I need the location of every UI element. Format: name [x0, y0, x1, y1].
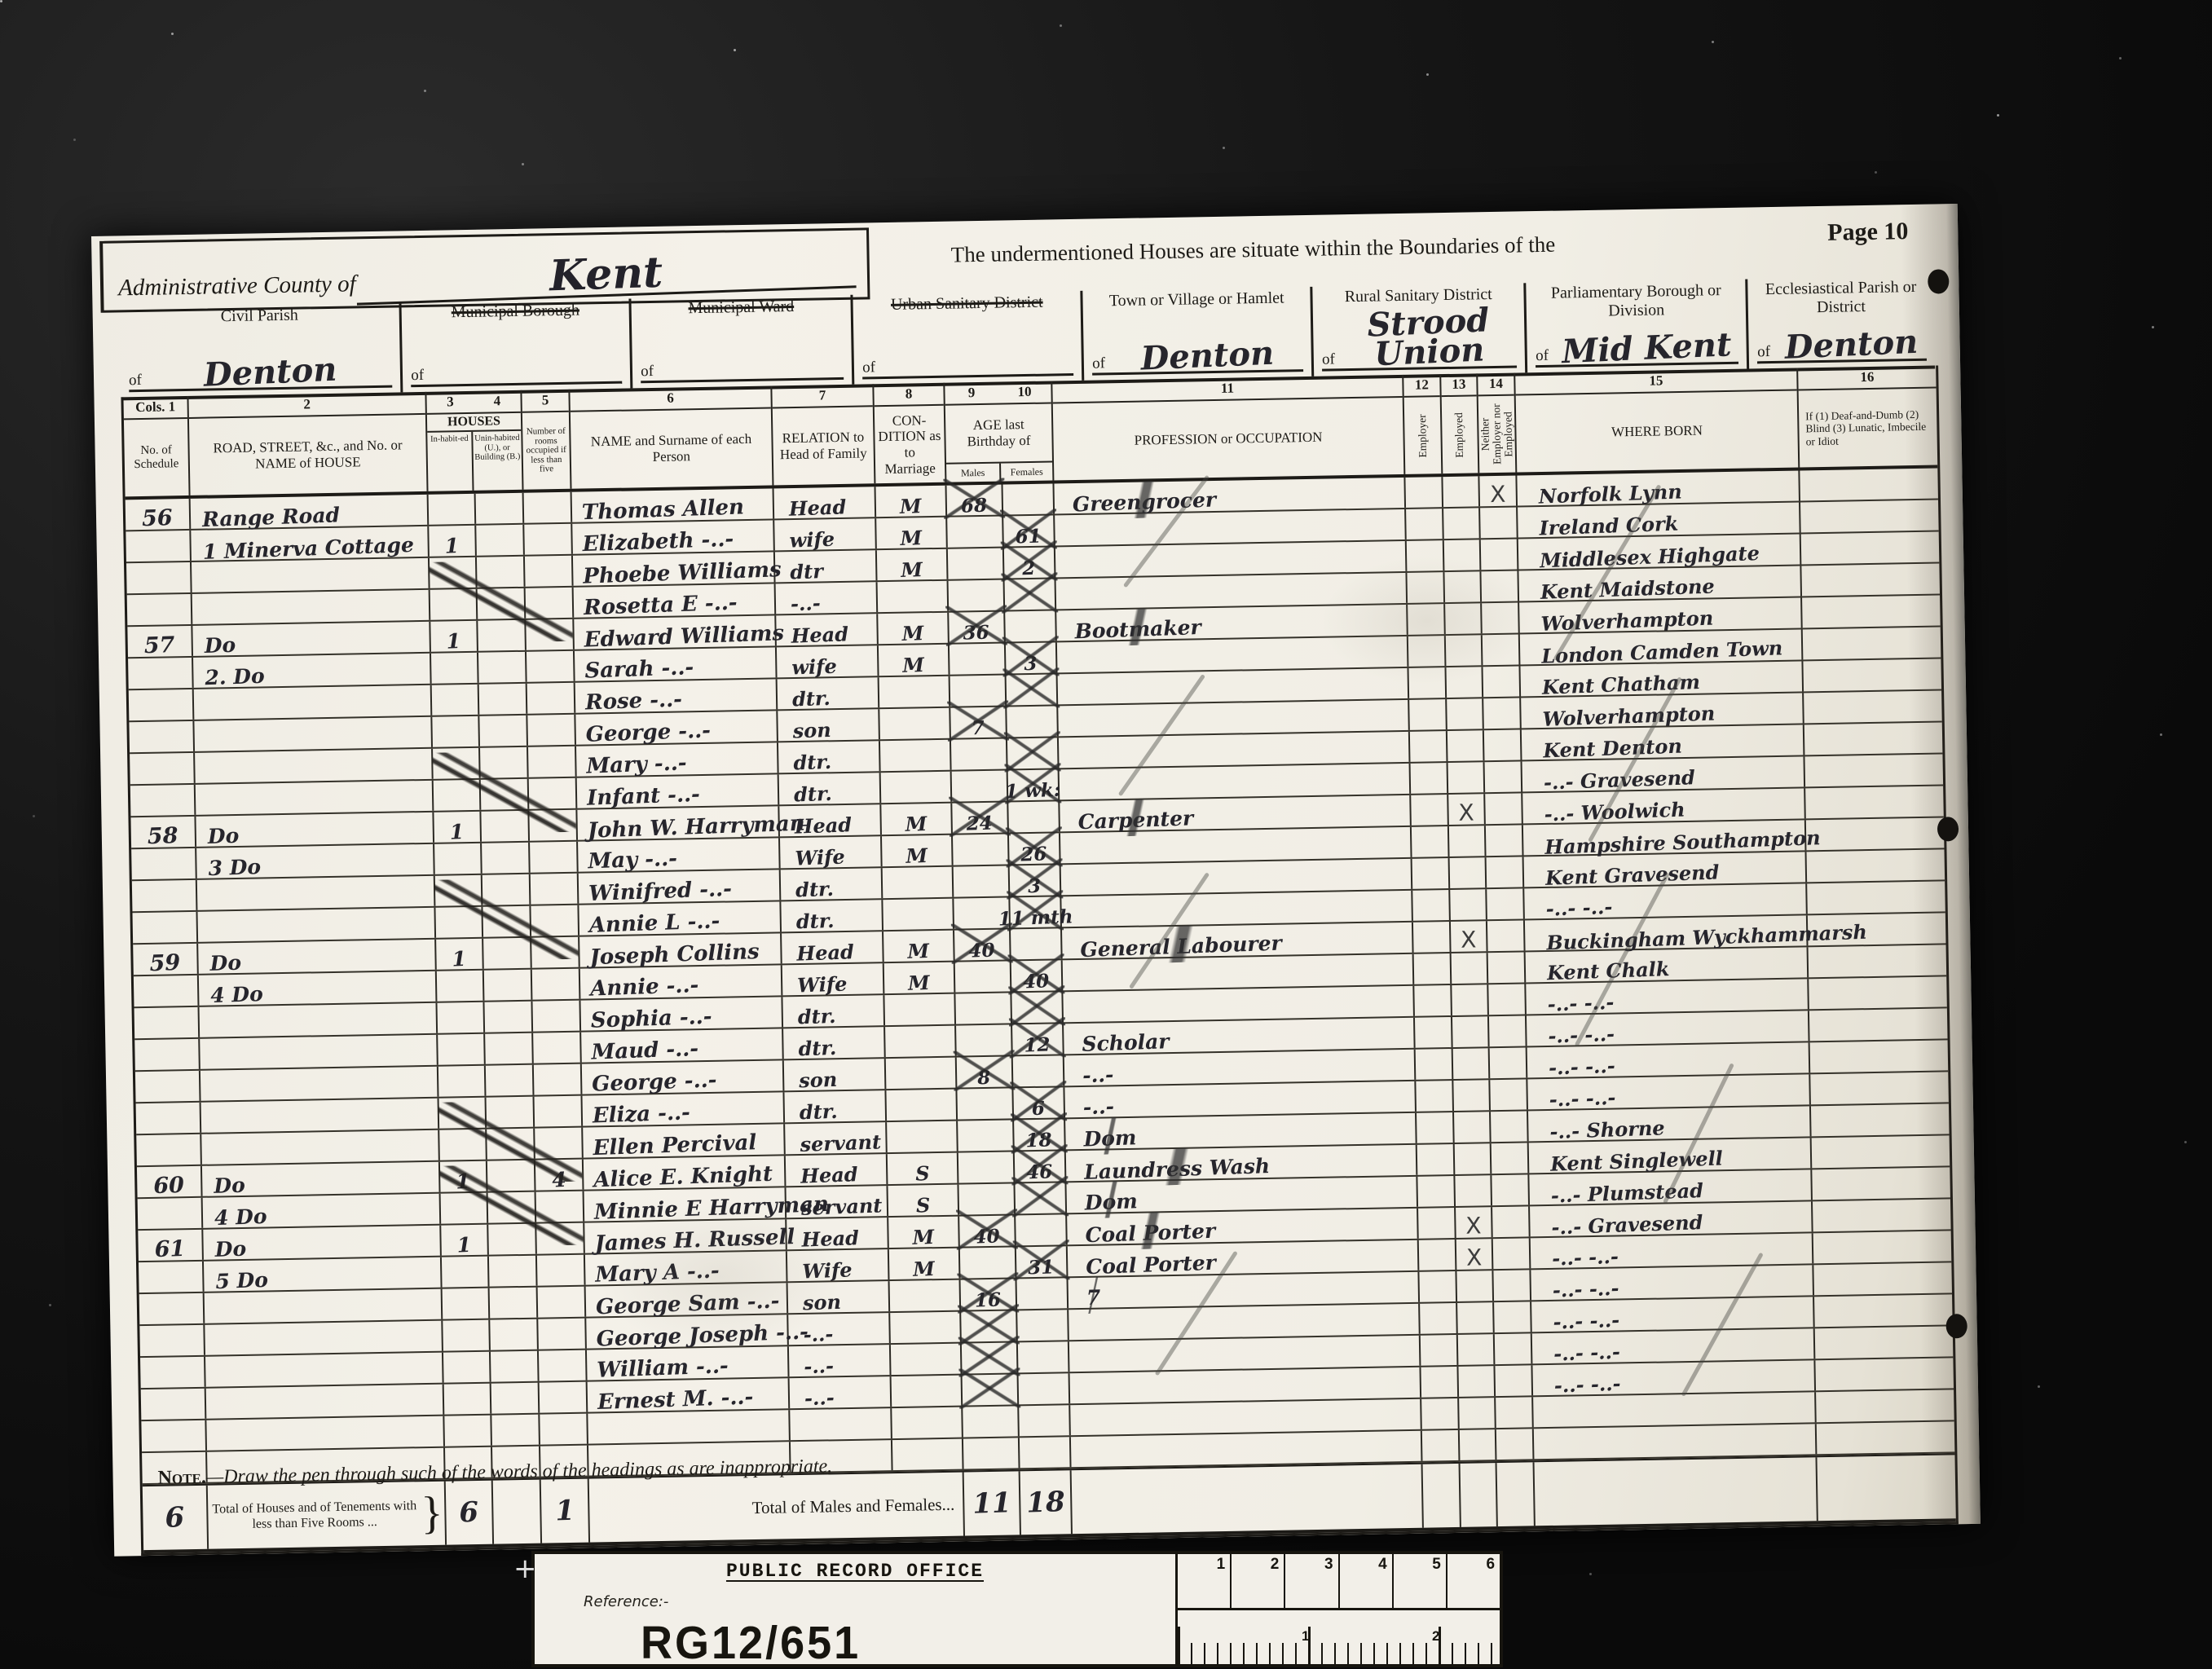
cell-uninh — [491, 1351, 540, 1382]
handwritten-entry: dtr. — [798, 1038, 836, 1059]
col-condition-header: 8 CON-DITION as to Marriage — [874, 383, 946, 483]
cell-occ: Greengrocer — [1054, 478, 1406, 514]
handwritten-entry: Ellen Percival — [593, 1132, 756, 1159]
reference-number: RG12/651 — [641, 1616, 861, 1669]
totals-males-count: 11 — [964, 1471, 1021, 1535]
public-record-office-stamp: PUBLIC RECORD OFFICE Reference:- RG12/65… — [531, 1551, 1503, 1667]
cell-age_f — [1019, 1373, 1071, 1404]
cell-addr: Do — [192, 622, 431, 656]
cell-e12 — [1416, 1081, 1454, 1112]
handwritten-entry: X — [1490, 483, 1506, 506]
col-employer-header: 12 Employer — [1403, 374, 1443, 474]
cell-age_m — [949, 580, 1006, 611]
cell-rooms — [539, 1350, 588, 1381]
cell-name: Ellen Percival — [583, 1124, 786, 1157]
cell-age_f: 40 — [1011, 960, 1064, 991]
ruler-cm-cell: 5 — [1394, 1554, 1447, 1608]
handwritten-entry: 3 Do — [208, 857, 261, 879]
handwritten-entry: John W. Harryman — [587, 813, 805, 842]
cell-addr — [194, 685, 433, 720]
cell-rel: Head — [782, 931, 884, 963]
cell-sched — [126, 562, 192, 593]
handwritten-entry: Kent Maidstone — [1540, 576, 1715, 601]
handwritten-entry: Wolverhampton — [1540, 608, 1713, 633]
cell-uninh — [480, 747, 529, 778]
handwritten-entry: 6 — [1032, 1099, 1046, 1119]
cell-rel: dtr — [775, 550, 878, 582]
handwritten-entry: X — [1461, 928, 1477, 951]
district-box: Town or Village or HamletofDenton — [1083, 287, 1315, 381]
cell-age_f: 18 — [1014, 1119, 1066, 1150]
cell-cond: M — [888, 1217, 960, 1248]
cell-e14 — [1482, 602, 1520, 633]
cell-e14 — [1483, 666, 1521, 697]
handwritten-entry: M — [913, 1259, 935, 1279]
cell-e14 — [1490, 1047, 1528, 1078]
cell-born: -..- -..- — [1531, 1233, 1814, 1268]
totals-schedule-count: 6 — [143, 1486, 209, 1550]
handwritten-entry: 2 — [1022, 559, 1036, 579]
table-body: 56Range RoadThomas AllenHeadM68Greengroc… — [126, 469, 1955, 1486]
cell-e12 — [1410, 731, 1448, 762]
cell-uninh — [482, 874, 531, 905]
cell-age_f — [1011, 928, 1063, 959]
cell-e13 — [1450, 889, 1487, 920]
handwritten-entry: -..- -..- — [1552, 1247, 1619, 1269]
cell-addr: Do — [203, 1226, 442, 1260]
handwritten-entry: Wife — [797, 974, 848, 995]
handwritten-entry: 4 Do — [210, 984, 263, 1006]
cell-cond — [886, 1090, 958, 1121]
cell-e14 — [1493, 1270, 1531, 1301]
cell-name: Sarah -..- — [575, 647, 778, 680]
cell-rooms — [531, 905, 579, 936]
cell-cond — [879, 708, 951, 740]
cell-addr — [205, 1353, 444, 1387]
cell-age_f — [1020, 1437, 1072, 1468]
cell-sched: 58 — [130, 817, 196, 848]
cell-age_m — [951, 738, 1008, 769]
cell-rooms — [528, 746, 577, 777]
cell-uninh — [481, 811, 530, 842]
cell-age_m: 68 — [946, 485, 1003, 516]
cell-name: Edward Williams — [574, 615, 777, 649]
cell-e12 — [1421, 1367, 1459, 1398]
cell-uninh — [476, 493, 525, 524]
cell-rel: dtr. — [781, 900, 883, 931]
cell-rooms — [524, 524, 573, 555]
cell-rooms — [526, 619, 575, 650]
cell-born: Middlesex Highgate — [1518, 534, 1802, 569]
cell-age_m — [960, 1247, 1017, 1278]
of-word: of — [641, 363, 660, 381]
cell-rel — [790, 1408, 892, 1440]
cell-sched — [139, 1293, 205, 1324]
cell-sched — [139, 1325, 205, 1356]
cell-e14 — [1490, 1079, 1528, 1110]
cell-inh — [442, 1257, 490, 1288]
handwritten-entry: Head — [791, 624, 848, 645]
handwritten-entry: Do — [204, 635, 236, 656]
cell-cond — [886, 1058, 958, 1090]
cell-sched — [136, 1134, 202, 1165]
handwritten-entry: 4 — [552, 1169, 566, 1191]
cell-e12 — [1411, 763, 1449, 794]
cell-age_m — [955, 961, 1012, 992]
cell-name: Infant -..- — [577, 774, 780, 808]
cell-inh — [434, 780, 482, 811]
cell-sched — [126, 531, 192, 561]
cell-rel: Head — [786, 1154, 888, 1186]
cell-e13 — [1445, 603, 1483, 634]
cell-age_f: 2 — [1004, 547, 1056, 578]
cell-e12 — [1417, 1176, 1456, 1207]
cell-born: Kent Chalk — [1526, 947, 1809, 982]
cell-occ: Dom — [1066, 1177, 1418, 1213]
cell-uninh — [478, 588, 527, 619]
cell-rel: Wife — [782, 963, 885, 995]
cell-e13 — [1446, 667, 1483, 698]
cell-e13: X — [1456, 1239, 1494, 1270]
handwritten-entry: 3 — [1024, 654, 1038, 674]
cell-name: George Sam -..- — [586, 1283, 789, 1316]
handwritten-entry: Kent Denton — [1543, 737, 1682, 761]
cell-uninh — [481, 779, 530, 810]
cell-addr — [201, 1099, 440, 1133]
totals-rooms-count: 1 — [541, 1479, 590, 1543]
cell-cond — [879, 676, 951, 708]
district-value-handwritten: Denton — [1111, 337, 1303, 375]
cell-e13 — [1457, 1302, 1495, 1333]
cell-sched: 56 — [126, 499, 192, 530]
cell-uninh — [482, 906, 531, 937]
cell-inh — [432, 716, 480, 747]
cell-name: May -..- — [578, 838, 781, 871]
of-word: of — [411, 367, 430, 385]
handwritten-entry: Kent Chatham — [1542, 672, 1701, 698]
cell-rooms — [536, 1191, 585, 1222]
cell-addr: 2. Do — [193, 654, 432, 688]
handwritten-entry: Kent Gravesend — [1545, 862, 1720, 887]
handwritten-entry: -..- Gravesend — [1544, 768, 1696, 792]
cell-e12 — [1416, 1049, 1454, 1080]
cell-uninh — [487, 1160, 536, 1191]
cell-uninh — [491, 1383, 540, 1414]
cell-inh — [430, 589, 478, 620]
cell-e14 — [1481, 539, 1519, 570]
cell-age_m — [955, 993, 1012, 1024]
handwritten-entry: dtr. — [794, 784, 832, 805]
cell-inh — [443, 1352, 491, 1383]
cell-cond: M — [889, 1248, 961, 1280]
handwritten-entry: 26 — [1021, 844, 1048, 864]
cell-occ: -..- — [1064, 1050, 1417, 1086]
cell-e14 — [1491, 1111, 1529, 1142]
handwritten-entry: S — [915, 1164, 930, 1184]
district-label: Civil Parish — [128, 305, 392, 328]
cell-sched — [130, 785, 196, 816]
col-whereborn-header: 15 WHERE BORN — [1515, 368, 1800, 472]
district-value-handwritten — [430, 379, 622, 387]
cell-born: -..- -..- — [1527, 1074, 1811, 1109]
district-value-handwritten: Strood Union — [1340, 305, 1518, 371]
cell-age_m — [957, 1088, 1014, 1119]
film-speckles — [0, 0, 2, 2]
handwritten-entry: 2. Do — [205, 666, 265, 689]
cell-occ — [1059, 732, 1411, 768]
handwritten-entry: S — [915, 1196, 930, 1216]
cell-rooms — [524, 492, 573, 523]
cell-uninh — [490, 1319, 539, 1350]
handwritten-entry: Alice E. Knight — [593, 1164, 773, 1191]
cell-inh — [444, 1416, 492, 1447]
cell-occ: -..- — [1064, 1081, 1417, 1118]
handwritten-entry: M — [902, 655, 924, 676]
cell-occ: Bootmaker — [1056, 605, 1408, 641]
cell-born: -..- -..- — [1531, 1297, 1815, 1332]
cell-cond: M — [884, 962, 956, 994]
handwritten-entry: 1 — [445, 535, 460, 557]
handwritten-entry: 18 — [1026, 1130, 1053, 1150]
cell-e12 — [1409, 699, 1447, 730]
handwritten-entry: Head — [801, 1228, 859, 1249]
cell-occ: Coal Porter — [1068, 1240, 1420, 1277]
cell-rooms — [531, 937, 580, 968]
cell-age_f: 31 — [1016, 1246, 1069, 1277]
handwritten-entry: 46 — [1026, 1162, 1053, 1182]
cell-born: Ireland Cork — [1518, 502, 1801, 537]
cell-born: Wolverhampton — [1521, 693, 1804, 728]
cell-rooms — [531, 874, 579, 905]
handwritten-entry: -..- -..- — [1553, 1342, 1620, 1364]
cell-e12 — [1412, 826, 1450, 857]
handwritten-entry: 24 — [967, 814, 994, 834]
cell-e12 — [1412, 890, 1451, 921]
registration-cross: + — [513, 1552, 537, 1585]
cell-rooms — [527, 715, 576, 746]
district-label: Ecclesiastical Parish or District — [1756, 278, 1926, 319]
cell-rel: servant — [787, 1186, 889, 1218]
cell-age_m: 36 — [949, 612, 1006, 643]
cell-born: -..- Gravesend — [1530, 1201, 1813, 1236]
handwritten-entry: dtr — [790, 561, 823, 582]
cell-uninh — [477, 557, 526, 588]
handwritten-entry: Range Road — [202, 504, 341, 530]
cell-uninh — [484, 970, 533, 1001]
cell-addr — [197, 876, 436, 910]
cell-e13 — [1456, 1270, 1494, 1301]
handwritten-entry: M — [906, 814, 928, 834]
cell-e13 — [1453, 1048, 1491, 1079]
cell-sched — [140, 1357, 206, 1388]
of-word: of — [1536, 347, 1555, 365]
handwritten-entry: -..- -..- — [1548, 1024, 1615, 1046]
cell-name: Winifred -..- — [579, 870, 782, 903]
cell-e13 — [1444, 539, 1482, 570]
cell-rel: dtr. — [782, 995, 885, 1027]
cell-occ — [1070, 1367, 1422, 1404]
handwritten-entry: -..- — [1082, 1064, 1114, 1086]
handwritten-entry: Ernest M. -..- — [597, 1386, 754, 1413]
cell-e13 — [1459, 1398, 1496, 1429]
cell-age_m — [952, 770, 1009, 801]
cell-addr — [206, 1385, 445, 1419]
cell-occ — [1060, 827, 1412, 864]
col-houses-header: 34 HOUSES In-habit-ed Unin-habited (U.),… — [426, 390, 523, 491]
handwritten-entry: dtr. — [799, 1102, 837, 1123]
cell-inh: 1 — [430, 621, 478, 652]
cell-e12 — [1413, 922, 1452, 953]
ruler-cm-cell: 6 — [1447, 1554, 1500, 1608]
cell-rel: servant — [785, 1122, 888, 1154]
cell-addr — [200, 1003, 438, 1037]
district-box: Rural Sanitary DistrictofStrood Union — [1312, 283, 1527, 377]
handwritten-entry: Annie L -..- — [588, 910, 720, 936]
cell-inh — [438, 1066, 487, 1097]
cell-occ — [1061, 859, 1413, 896]
cell-name: Phoebe Williams — [573, 552, 776, 585]
cell-age_f — [1017, 1278, 1069, 1309]
cell-born: -..- -..- — [1527, 1042, 1811, 1077]
handwritten-entry: 7 — [1086, 1287, 1100, 1308]
handwritten-entry: son — [792, 720, 831, 742]
handwritten-entry: -..- — [803, 1324, 833, 1345]
handwritten-entry: X — [1465, 1214, 1482, 1237]
handwritten-entry: Bootmaker — [1074, 617, 1201, 641]
cell-age_m — [956, 1024, 1013, 1055]
district-value-handwritten — [660, 375, 844, 383]
cell-name: Minnie E Harryman — [584, 1187, 787, 1221]
handwritten-entry: May -..- — [588, 848, 677, 873]
census-table: Cols. 1 No. of Schedule 2 ROAD, STREET, … — [121, 365, 1958, 1556]
cell-uninh — [478, 652, 527, 683]
cell-name: Sophia -..- — [580, 997, 783, 1030]
cell-name: John W. Harryman — [577, 806, 780, 839]
cell-age_m: 40 — [954, 929, 1011, 960]
district-box: Civil ParishofDenton — [120, 302, 403, 397]
handwritten-entry: Ireland Cork — [1539, 514, 1679, 539]
cell-rel: -..- — [789, 1345, 892, 1376]
cell-inh — [441, 1193, 489, 1224]
cell-addr: 4 Do — [203, 1194, 442, 1228]
handwritten-entry: 16 — [975, 1290, 1002, 1310]
cell-rel: dtr. — [781, 868, 883, 900]
cell-sched — [139, 1262, 205, 1292]
handwritten-entry: M — [900, 528, 922, 548]
cell-e14 — [1492, 1206, 1531, 1237]
handwritten-entry: 7 — [972, 719, 985, 738]
cell-uninh — [490, 1288, 539, 1319]
cell-age_f: 61 — [1003, 515, 1055, 546]
cell-inh: 1 — [440, 1161, 488, 1192]
cell-rel: -..- — [776, 582, 879, 614]
cell-age_m — [950, 675, 1007, 706]
cell-inh — [435, 875, 483, 906]
cell-rel: dtr. — [784, 1090, 887, 1122]
handwritten-entry: servant — [801, 1196, 883, 1218]
cell-born: Kent Singlewell — [1529, 1138, 1813, 1173]
cell-e12 — [1407, 572, 1445, 603]
cell-e14 — [1487, 920, 1526, 951]
totals-houses-label: Total of Houses and of Tenements with le… — [208, 1482, 447, 1549]
cell-born: -..- Plumstead — [1529, 1169, 1813, 1204]
cell-uninh — [487, 1129, 535, 1160]
cell-name: Rose -..- — [575, 679, 778, 712]
cell-rel: -..- — [790, 1376, 892, 1408]
cell-age_f: 12 — [1012, 1024, 1064, 1055]
cell-rooms — [533, 1033, 582, 1063]
cell-age_m — [962, 1342, 1019, 1373]
handwritten-entry: dtr. — [792, 689, 831, 710]
cell-name: Thomas Allen — [572, 488, 775, 522]
cell-occ: General Labourer — [1062, 923, 1414, 959]
cell-born: Hampshire Southampton — [1523, 820, 1807, 855]
cell-cond — [890, 1312, 962, 1344]
col-rooms-header: 5 Number of rooms occupied if less than … — [522, 390, 571, 490]
handwritten-entry: Kent Singlewell — [1550, 1148, 1723, 1174]
cell-e12 — [1418, 1208, 1456, 1239]
handwritten-entry: 59 — [149, 952, 180, 975]
cell-e14 — [1496, 1397, 1534, 1428]
cell-cond — [884, 994, 956, 1026]
cell-inh — [430, 557, 478, 588]
handwritten-entry: Joseph Collins — [589, 941, 760, 968]
cell-sched — [141, 1389, 207, 1420]
handwritten-entry: Phoebe Williams — [583, 559, 782, 587]
handwritten-entry: Thomas Allen — [582, 496, 745, 523]
handwritten-entry: -..- -..- — [1545, 897, 1612, 919]
handwritten-entry: dtr. — [793, 752, 831, 773]
handwritten-entry: M — [901, 623, 923, 644]
cell-cond — [885, 1026, 957, 1058]
cell-sched: 57 — [127, 626, 193, 657]
page-number: Page 10 — [1827, 218, 1909, 247]
district-value-handwritten: Mid Kent — [1554, 330, 1739, 368]
cell-addr: 5 Do — [204, 1257, 443, 1292]
handwritten-entry: Winifred -..- — [588, 879, 733, 905]
cell-born: -..- Shorne — [1528, 1106, 1812, 1141]
cell-age_m — [963, 1374, 1020, 1405]
handwritten-entry: Head — [796, 942, 854, 963]
cell-age_m — [947, 517, 1004, 548]
cell-rel: dtr. — [778, 741, 881, 773]
handwritten-entry: Mary A -..- — [595, 1260, 720, 1285]
cell-cond — [887, 1121, 958, 1153]
cell-uninh — [476, 525, 525, 556]
cell-age_m — [953, 834, 1010, 865]
cell-rooms — [529, 810, 578, 841]
cell-sched — [135, 1071, 201, 1102]
cell-e12 — [1408, 667, 1447, 698]
handwritten-entry: M — [907, 941, 929, 962]
cell-age_f: 3 — [1006, 642, 1058, 673]
totals-males-females-label: Total of Males and Females... — [589, 1473, 965, 1543]
cell-age_m — [963, 1406, 1020, 1437]
cell-occ: Carpenter — [1060, 795, 1412, 832]
handwritten-entry: George -..- — [592, 1069, 717, 1094]
handwritten-entry: -..- Plumstead — [1550, 1181, 1703, 1206]
cell-rel: dtr. — [783, 1027, 886, 1059]
cell-cond: S — [888, 1185, 959, 1217]
cell-occ: Scholar — [1064, 1018, 1416, 1055]
cell-rooms — [540, 1414, 588, 1445]
cell-addr — [192, 590, 431, 624]
handwritten-entry: Wife — [795, 847, 845, 868]
cell-e13 — [1444, 571, 1482, 602]
cell-sched — [134, 1007, 200, 1038]
cell-occ — [1071, 1431, 1423, 1468]
cell-addr — [194, 717, 433, 751]
